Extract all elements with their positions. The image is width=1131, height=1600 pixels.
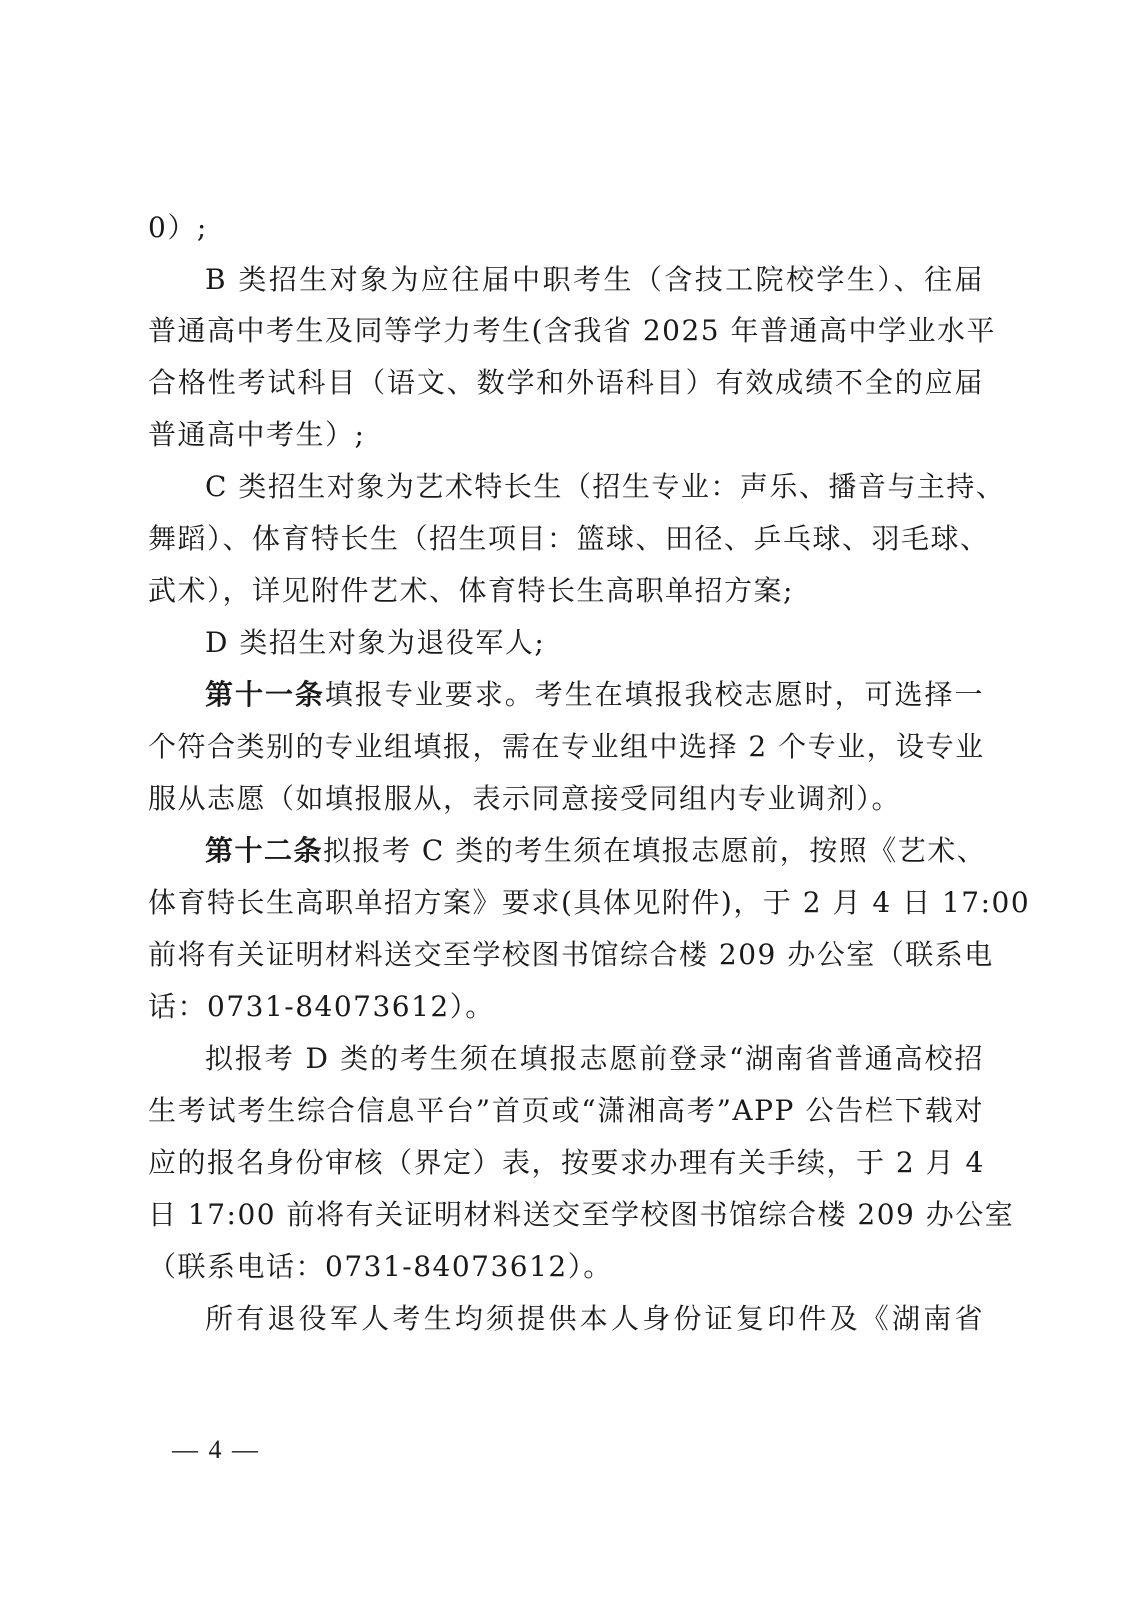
text-line: 生考试考生综合信息平台”首页或“潇湘高考”APP 公告栏下载对 [148, 1091, 984, 1131]
text-line: 个符合类别的专业组填报，需在专业组中选择 2 个专业，设专业 [148, 727, 984, 767]
text-line: 应的报名身份审核（界定）表，按要求办理有关手续，于 2 月 4 [148, 1143, 984, 1183]
article-11-text: 填报专业要求。考生在填报我校志愿时，可选择一 [325, 678, 984, 711]
text-line: 普通高中考生及同等学力考生(含我省 2025 年普通高中学业水平 [148, 311, 984, 351]
paragraph-d-registration: 拟报考 D 类的考生须在填报志愿前登录“湖南省普通高校招 [205, 1039, 984, 1079]
paragraph-c-category: C 类招生对象为艺术特长生（招生专业：声乐、播音与主持、 [205, 467, 984, 507]
paragraph-veterans: 所有退役军人考生均须提供本人身份证复印件及《湖南省 [205, 1299, 984, 1339]
article-12-text: 拟报考 C 类的考生须在填报志愿前，按照《艺术、 [323, 834, 986, 867]
text-line: 武术），详见附件艺术、体育特长生高职单招方案; [148, 571, 984, 611]
page-number: — 4 — [172, 1430, 260, 1470]
text-line: 前将有关证明材料送交至学校图书馆综合楼 209 办公室（联系电 [148, 935, 984, 975]
article-12: 第十二条拟报考 C 类的考生须在填报志愿前，按照《艺术、 [205, 831, 984, 871]
article-12-heading: 第十二条 [205, 834, 323, 867]
text-line: 0）; [148, 208, 984, 248]
paragraph-b-category: B 类招生对象为应往届中职考生（含技工院校学生）、往届 [205, 260, 984, 300]
text-line: 舞蹈）、体育特长生（招生项目：篮球、田径、乒乓球、羽毛球、 [148, 519, 984, 559]
article-11-heading: 第十一条 [205, 678, 325, 711]
text-line: 体育特长生高职单招方案》要求(具体见附件)，于 2 月 4 日 17:00 [148, 883, 984, 923]
text-line: 话：0731-84073612）。 [148, 987, 984, 1027]
text-line: 日 17:00 前将有关证明材料送交至学校图书馆综合楼 209 办公室 [148, 1195, 984, 1235]
text-line: 合格性考试科目（语文、数学和外语科目）有效成绩不全的应届 [148, 363, 984, 403]
paragraph-d-category: D 类招生对象为退役军人; [205, 623, 984, 663]
document-page: 0）; B 类招生对象为应往届中职考生（含技工院校学生）、往届 普通高中考生及同… [0, 0, 1131, 1600]
text-line: 服从志愿（如填报服从，表示同意接受同组内专业调剂）。 [148, 779, 984, 819]
text-line: 普通高中考生）; [148, 415, 984, 455]
text-line: （联系电话：0731-84073612）。 [148, 1247, 984, 1287]
article-11: 第十一条填报专业要求。考生在填报我校志愿时，可选择一 [205, 675, 984, 715]
